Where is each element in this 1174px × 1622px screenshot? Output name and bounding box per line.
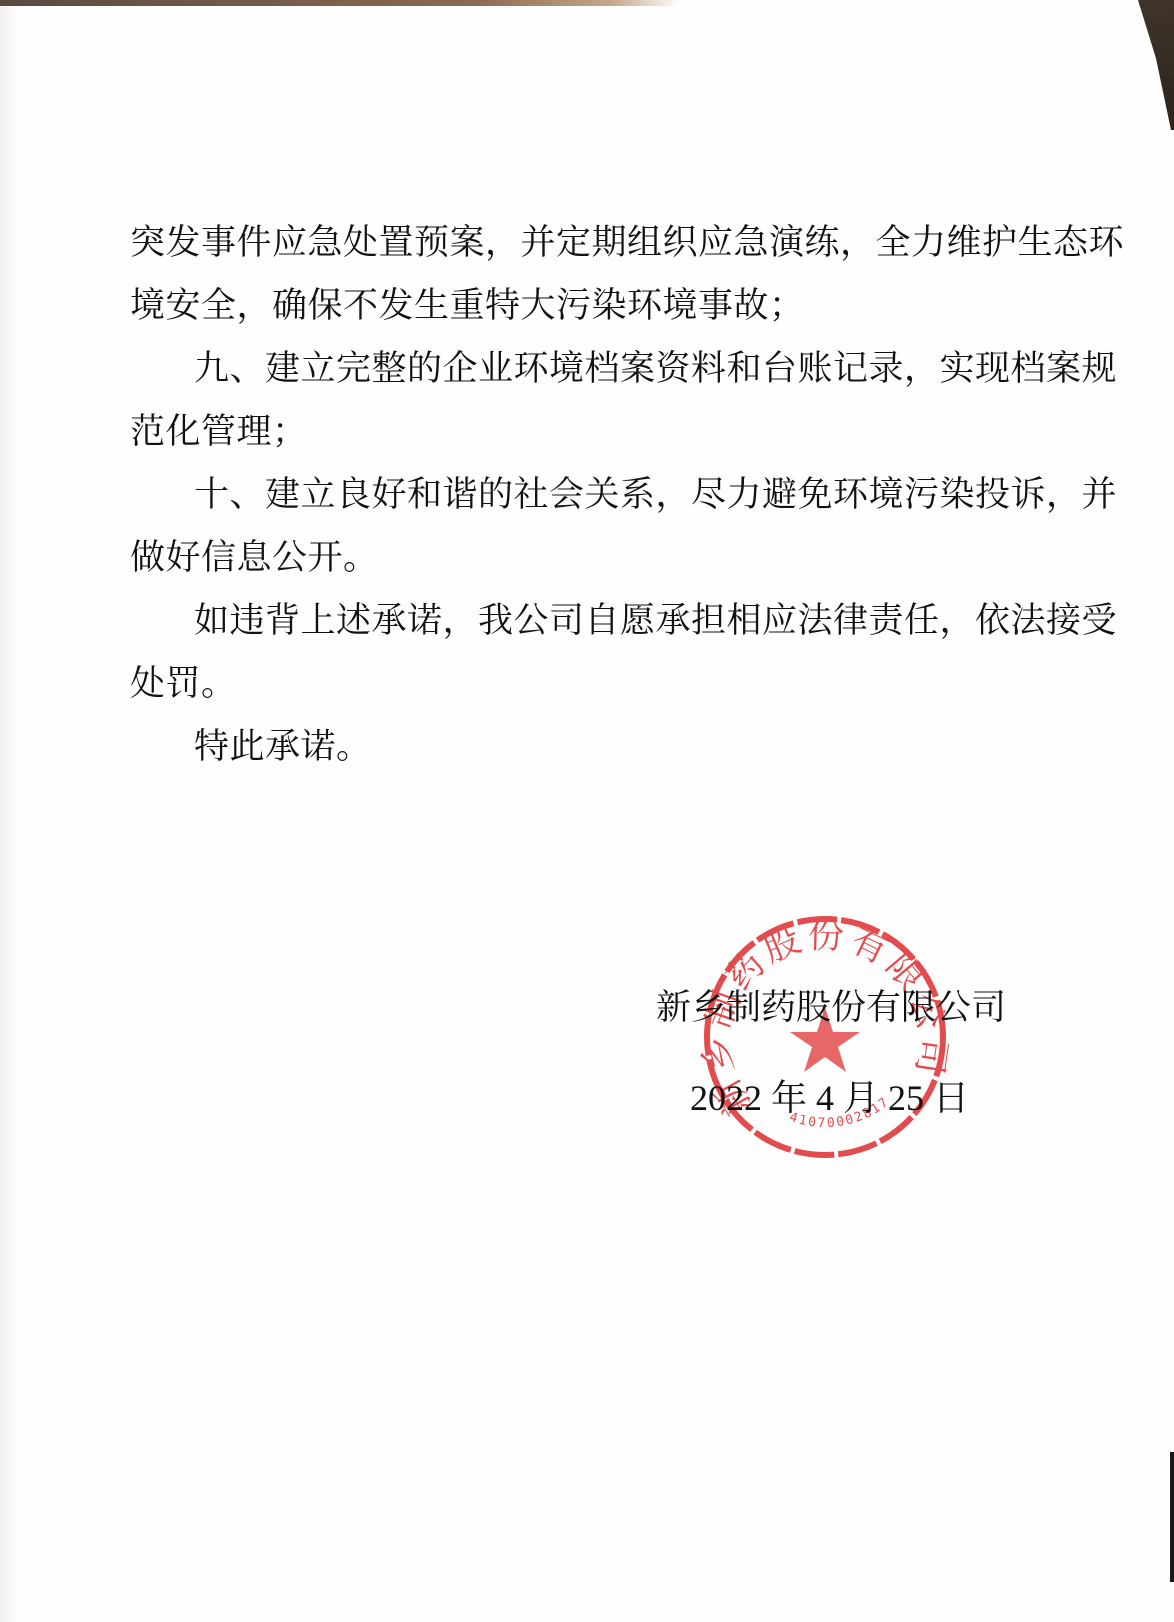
signature-company: 新乡制药股份有限公司 [656, 980, 1006, 1030]
paper-edge-top [0, 0, 680, 6]
paragraph-line: 十、建立良好和谐的社会关系，尽力避免环境污染投诉，并 [130, 464, 1050, 527]
paragraph-line: 境安全，确保不发生重特大污染环境事故； [130, 275, 1050, 338]
paragraph-line: 突发事件应急处置预案，并定期组织应急演练，全力维护生态环 [130, 212, 1050, 275]
paper-edge-right [1170, 1452, 1174, 1582]
paragraph-line: 处罚。 [130, 653, 1050, 716]
date-month-char: 月 [843, 1078, 879, 1119]
paragraph-line: 做好信息公开。 [130, 527, 1050, 590]
paragraph-line: 特此承诺。 [130, 716, 1050, 779]
date-year: 2022 [690, 1078, 762, 1118]
paragraph-line: 如违背上述承诺，我公司自愿承担相应法律责任，依法接受 [130, 590, 1050, 653]
signature-date: 2022 年 4 月 25 日 [690, 1070, 969, 1121]
date-day-char: 日 [933, 1078, 969, 1119]
date-year-char: 年 [771, 1078, 807, 1119]
paragraph-line: 九、建立完整的企业环境档案资料和台账记录，实现档案规 [130, 338, 1050, 401]
date-month: 4 [816, 1078, 834, 1118]
document-page: 突发事件应急处置预案，并定期组织应急演练，全力维护生态环 境安全，确保不发生重特… [0, 0, 1174, 1622]
document-body: 突发事件应急处置预案，并定期组织应急演练，全力维护生态环 境安全，确保不发生重特… [130, 212, 1050, 779]
company-seal-stamp: 新乡制药股份有限公司 41070002817 [700, 912, 950, 1162]
paragraph-line: 范化管理； [130, 401, 1050, 464]
paper-shadow [0, 0, 18, 1622]
date-day: 25 [888, 1078, 924, 1118]
paper-edge-corner [1114, 0, 1174, 130]
